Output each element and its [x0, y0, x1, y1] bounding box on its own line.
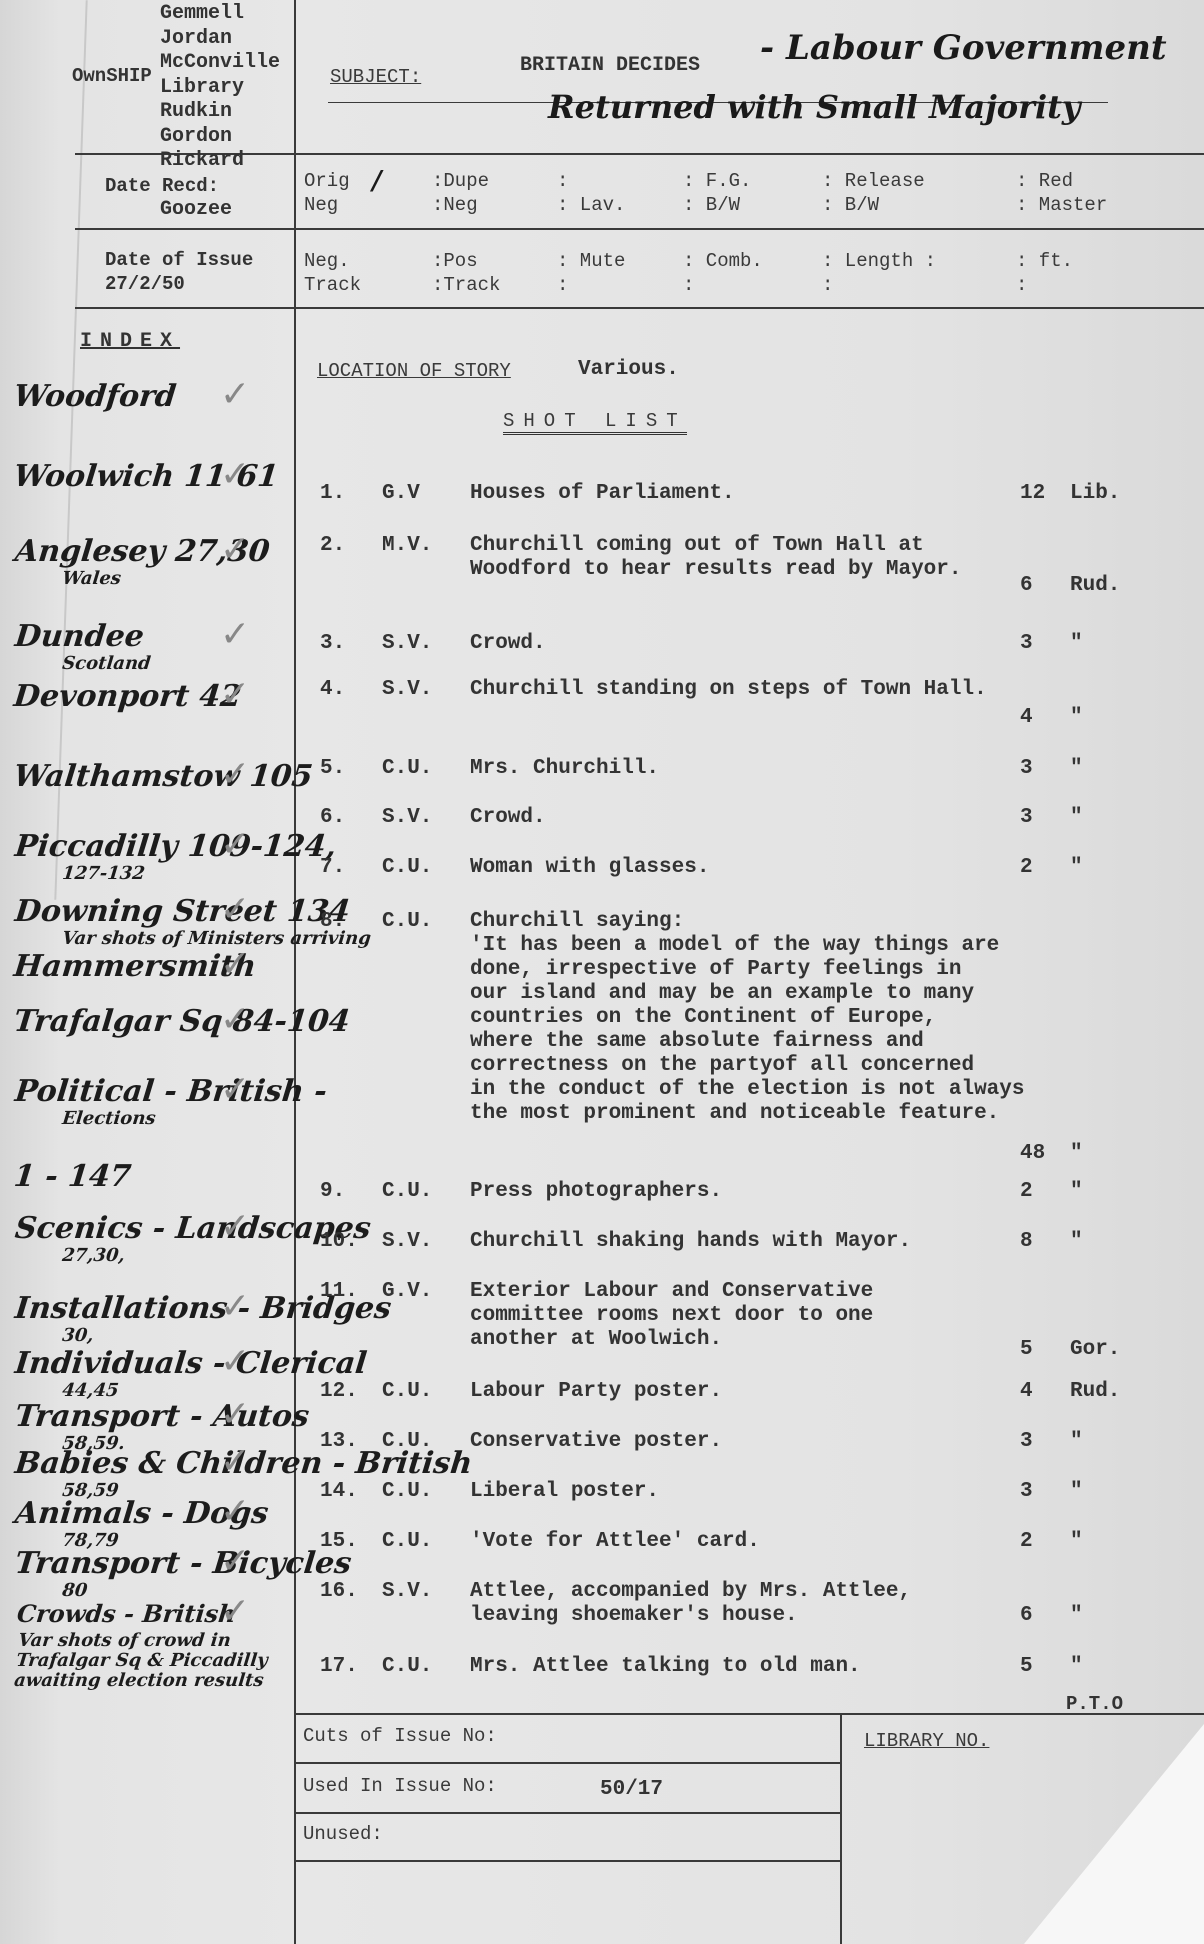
date-recd-label: Date Recd:	[105, 174, 219, 198]
shot-number: 13.	[320, 1430, 358, 1454]
shot-camera: C.U.	[382, 1180, 432, 1204]
checkmark-icon: ✓	[220, 1591, 250, 1632]
checkmark-icon: ✓	[220, 1341, 250, 1382]
header-field-bottom: :	[557, 274, 568, 296]
shot-number: 15.	[320, 1530, 358, 1554]
index-entry-sub: 127-132	[11, 864, 334, 884]
shot-footage: 3	[1020, 806, 1033, 830]
shot-number: 1.	[320, 482, 345, 506]
index-entry: Piccadilly 109-124,127-132	[11, 830, 338, 884]
shot-number: 12.	[320, 1380, 358, 1404]
checkmark-icon: ✓	[220, 529, 250, 570]
subject-handwritten-2: Returned with Small Majority	[548, 88, 1081, 126]
shot-camera: C.U.	[382, 910, 432, 934]
shot-number: 8.	[320, 910, 345, 934]
shot-footage: 3	[1020, 1430, 1033, 1454]
index-entry-sub: Var shots of crowd in Trafalgar Sq & Pic…	[9, 1631, 279, 1691]
document-page: OwnSHIP GemmellJordanMcConvilleLibraryRu…	[0, 0, 1204, 1944]
shot-number: 7.	[320, 856, 345, 880]
index-entry-text: Dundee	[13, 619, 145, 654]
rule	[294, 1860, 840, 1862]
used-value: 50/17	[600, 1778, 663, 1802]
shot-description: Exterior Labour and Conservative committ…	[470, 1280, 873, 1352]
header-field-top: : Red	[1016, 170, 1073, 192]
index-entry-sub: Scotland	[11, 654, 152, 674]
shot-footage: 6	[1020, 1604, 1033, 1628]
header-field-top: : Mute	[557, 250, 625, 272]
column-divider	[840, 1713, 842, 1944]
header-field-top: Orig	[304, 170, 350, 192]
shot-list-title: SHOT LIST	[503, 410, 687, 435]
shot-camera: C.U.	[382, 1380, 432, 1404]
cameraman-name: Gordon	[160, 125, 232, 149]
shot-number: 14.	[320, 1480, 358, 1504]
index-entry-text: Individuals - Clerical	[13, 1346, 368, 1381]
shot-description: Mrs. Attlee talking to old man.	[470, 1655, 861, 1679]
shot-number: 3.	[320, 632, 345, 656]
index-entry-text: Crowds - British	[16, 1599, 238, 1628]
header-field-top: : ft.	[1016, 250, 1073, 272]
checkmark-icon: ✓	[220, 889, 250, 930]
ownership-label: OwnSHIP	[72, 64, 152, 88]
shot-cameraman: "	[1070, 1230, 1083, 1254]
rule	[75, 153, 1204, 155]
checkmark-icon: ✓	[220, 754, 250, 795]
index-entry-text: Downing Street 134	[13, 894, 351, 929]
shot-number: 9.	[320, 1180, 345, 1204]
shot-footage: 3	[1020, 757, 1033, 781]
shot-description: Crowd.	[470, 806, 546, 830]
header-field-bottom: :	[1016, 274, 1027, 296]
shot-description: Houses of Parliament.	[470, 482, 735, 506]
header-field-bottom: : B/W	[683, 194, 740, 216]
checkmark-icon: ✓	[220, 944, 250, 985]
shot-number: 10.	[320, 1230, 358, 1254]
shot-description: Crowd.	[470, 632, 546, 656]
index-entry-sub: Wales	[11, 569, 267, 589]
index-entry-text: Transport - Autos	[13, 1399, 311, 1434]
index-entry-text: Transport - Bicycles	[13, 1546, 353, 1581]
header-field-top: : Length :	[822, 250, 936, 272]
column-divider	[294, 0, 296, 1944]
shot-camera: S.V.	[382, 678, 432, 702]
shot-footage: 6	[1020, 574, 1033, 598]
index-entry-sub: Var shots of Ministers arriving	[11, 929, 372, 949]
shot-camera: G.V	[382, 482, 420, 506]
location-label: LOCATION OF STORY	[317, 360, 511, 382]
shot-footage: 3	[1020, 1480, 1033, 1504]
shot-camera: C.U.	[382, 757, 432, 781]
rule	[294, 1713, 1204, 1715]
cameraman-name: McConville	[160, 51, 280, 75]
checkmark-icon: ✓	[220, 1286, 250, 1327]
cameraman-name: Jordan	[160, 27, 232, 51]
shot-footage: 4	[1020, 706, 1033, 730]
shot-description: Churchill shaking hands with Mayor.	[470, 1230, 911, 1254]
shot-camera: C.U.	[382, 1655, 432, 1679]
header-field-top: : Release	[822, 170, 925, 192]
checkmark-icon: ✓	[220, 1394, 250, 1435]
checkmark-icon: ✓	[220, 1441, 250, 1482]
index-entry-text: Piccadilly 109-124,	[13, 829, 338, 864]
shot-cameraman: "	[1070, 757, 1083, 781]
subject-handwritten-1: - Labour Government	[760, 28, 1167, 68]
rule	[75, 228, 1204, 230]
shot-description: Mrs. Churchill.	[470, 757, 659, 781]
header-field-bottom: : B/W	[822, 194, 879, 216]
shot-number: 11.	[320, 1280, 358, 1304]
index-entry: DundeeScotland	[11, 620, 155, 674]
shot-camera: S.V.	[382, 1580, 432, 1604]
shot-footage: 2	[1020, 856, 1033, 880]
shot-number: 4.	[320, 678, 345, 702]
shot-cameraman: "	[1070, 1430, 1083, 1454]
unused-label: Unused:	[303, 1823, 383, 1845]
index-entry: Transport - Bicycles80	[11, 1547, 353, 1601]
shot-description: Attlee, accompanied by Mrs. Attlee, leav…	[470, 1580, 911, 1628]
shot-description: Liberal poster.	[470, 1480, 659, 1504]
checkmark-icon: ✓	[220, 614, 250, 655]
header-field-bottom: :Neg	[432, 194, 478, 216]
shot-cameraman: "	[1070, 1604, 1083, 1628]
shot-camera: S.V.	[382, 632, 432, 656]
date-of-issue-label: Date of Issue	[105, 248, 253, 272]
shot-cameraman: "	[1070, 632, 1083, 656]
subject-typed: BRITAIN DECIDES	[520, 54, 700, 78]
shot-footage: 12	[1020, 482, 1045, 506]
checkmark-icon: ✓	[220, 1206, 250, 1247]
shot-camera: C.U.	[382, 1530, 432, 1554]
shot-camera: C.U.	[382, 1480, 432, 1504]
index-entry-text: Scenics - Landscapes	[13, 1211, 372, 1246]
shot-camera: C.U.	[382, 856, 432, 880]
shot-camera: G.V.	[382, 1280, 432, 1304]
header-field-top: Neg.	[304, 250, 350, 272]
shot-description: 'Vote for Attlee' card.	[470, 1530, 760, 1554]
header-field-bottom: :	[822, 274, 833, 296]
checkmark-icon: ✓	[220, 374, 250, 415]
shot-cameraman: "	[1070, 1142, 1083, 1166]
check-mark: /	[372, 166, 382, 196]
shot-cameraman: Lib.	[1070, 482, 1120, 506]
shot-description: Labour Party poster.	[470, 1380, 722, 1404]
torn-corner	[1024, 1724, 1204, 1944]
cameraman-name: Library	[160, 76, 244, 100]
index-entry: Devonport 42	[12, 680, 243, 714]
shot-footage: 2	[1020, 1530, 1033, 1554]
shot-cameraman: Rud.	[1070, 574, 1120, 598]
index-entry-text: Political - British -	[13, 1074, 328, 1109]
shot-description: Churchill standing on steps of Town Hall…	[470, 678, 987, 702]
shot-footage: 5	[1020, 1655, 1033, 1679]
index-title: INDEX	[80, 330, 180, 354]
cameraman-name: Rickard	[160, 149, 244, 173]
header-field-top: : F.G.	[683, 170, 751, 192]
index-entry-sub: 44,45	[11, 1381, 365, 1401]
index-entry: 1 - 147	[12, 1160, 132, 1194]
index-entry: Woodford	[12, 380, 178, 414]
shot-cameraman: Gor.	[1070, 1338, 1120, 1362]
index-entry-text: Devonport 42	[12, 679, 243, 714]
shot-description: Press photographers.	[470, 1180, 722, 1204]
shot-number: 5.	[320, 757, 345, 781]
header-field-bottom: : Lav.	[557, 194, 625, 216]
shot-cameraman: "	[1070, 806, 1083, 830]
shot-cameraman: "	[1070, 706, 1083, 730]
shot-footage: 48	[1020, 1142, 1045, 1166]
index-entry-sub: Elections	[11, 1109, 325, 1129]
shot-camera: S.V.	[382, 806, 432, 830]
rule	[294, 1762, 840, 1764]
shot-number: 2.	[320, 534, 345, 558]
cameraman-name: Gemmell	[160, 2, 244, 26]
shot-number: 16.	[320, 1580, 358, 1604]
header-field-bottom: Track	[304, 274, 361, 296]
checkmark-icon: ✓	[220, 824, 250, 865]
index-entry-text: Woodford	[12, 379, 178, 414]
shot-cameraman: Rud.	[1070, 1380, 1120, 1404]
index-entry-text: Walthamstow 105	[12, 759, 314, 794]
index-entry: Political - British -Elections	[11, 1075, 328, 1129]
shot-cameraman: "	[1070, 856, 1083, 880]
shot-cameraman: "	[1070, 1480, 1083, 1504]
location-value: Various.	[578, 358, 679, 382]
shot-cameraman: "	[1070, 1530, 1083, 1554]
shot-footage: 5	[1020, 1338, 1033, 1362]
subject-label: SUBJECT:	[330, 66, 421, 88]
checkmark-icon: ✓	[220, 454, 250, 495]
header-field-top: :	[557, 170, 568, 192]
shot-camera: C.U.	[382, 1430, 432, 1454]
index-entry-sub: 27,30,	[11, 1246, 369, 1266]
shot-cameraman: "	[1070, 1655, 1083, 1679]
shot-footage: 2	[1020, 1180, 1033, 1204]
index-entry-text: Trafalgar Sq 84-104	[12, 1004, 351, 1039]
shot-description: Conservative poster.	[470, 1430, 722, 1454]
index-entry-sub: 30,	[11, 1326, 389, 1346]
index-entry: Walthamstow 105	[12, 760, 314, 794]
shot-number: 17.	[320, 1655, 358, 1679]
date-of-issue-value: 27/2/50	[105, 272, 185, 296]
header-field-bottom: : Master	[1016, 194, 1107, 216]
index-entry: Trafalgar Sq 84-104	[12, 1005, 351, 1039]
used-label: Used In Issue No:	[303, 1775, 497, 1797]
cameraman-name: Rudkin	[160, 100, 232, 124]
shot-footage: 3	[1020, 632, 1033, 656]
shot-footage: 8	[1020, 1230, 1033, 1254]
header-field-bottom: :	[683, 274, 694, 296]
checkmark-icon: ✓	[220, 674, 250, 715]
header-field-top: :Dupe	[432, 170, 489, 192]
shot-footage: 4	[1020, 1380, 1033, 1404]
shot-cameraman: "	[1070, 1180, 1083, 1204]
checkmark-icon: ✓	[220, 1541, 250, 1582]
checkmark-icon: ✓	[220, 999, 250, 1040]
checkmark-icon: ✓	[220, 1491, 250, 1532]
shot-description: Churchill saying: 'It has been a model o…	[470, 910, 1025, 1126]
header-field-bottom: :Track	[432, 274, 500, 296]
header-field-bottom: Neg	[304, 194, 338, 216]
shot-description: Woman with glasses.	[470, 856, 709, 880]
shot-camera: S.V.	[382, 1230, 432, 1254]
rule	[294, 1812, 840, 1814]
header-field-top: : Comb.	[683, 250, 763, 272]
rule	[75, 307, 1204, 309]
shot-description: Churchill coming out of Town Hall at Woo…	[470, 534, 961, 582]
cuts-label: Cuts of Issue No:	[303, 1725, 497, 1747]
index-entry: Scenics - Landscapes27,30,	[11, 1212, 372, 1266]
shot-camera: M.V.	[382, 534, 432, 558]
checkmark-icon: ✓	[220, 1069, 250, 1110]
cameraman-name: Goozee	[160, 198, 232, 222]
index-entry-text: 1 - 147	[12, 1159, 133, 1194]
header-field-top: :Pos	[432, 250, 478, 272]
index-entry: Individuals - Clerical44,45	[11, 1347, 368, 1401]
library-no-label: LIBRARY NO.	[864, 1730, 989, 1752]
shot-number: 6.	[320, 806, 345, 830]
